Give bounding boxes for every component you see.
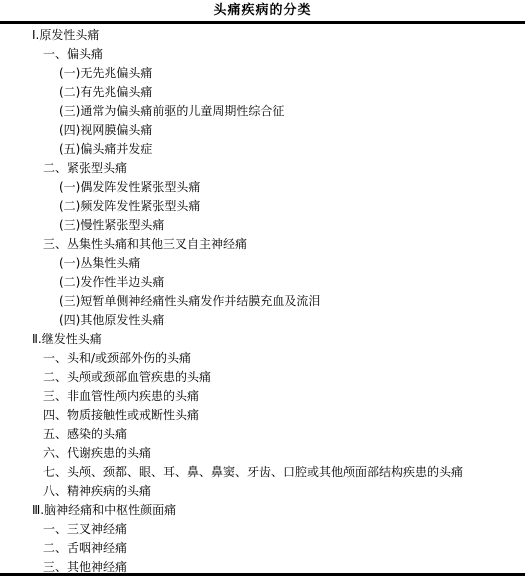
list-item-subcategory: 三、非血管性颅内疾患的头痛 <box>0 387 525 406</box>
list-item-subcategory: 五、感染的头痛 <box>0 425 525 444</box>
list-item-type: (二)频发阵发性紧张型头痛 <box>0 197 525 216</box>
list-item-category: Ⅱ.继发性头痛 <box>0 330 525 349</box>
list-item-subcategory: 一、偏头痛 <box>0 45 525 64</box>
list-item-subcategory: 一、三叉神经痛 <box>0 520 525 539</box>
top-rule-divider <box>0 21 525 24</box>
list-item-type: (四)视网膜偏头痛 <box>0 121 525 140</box>
list-item-subcategory: 六、代谢疾患的头痛 <box>0 444 525 463</box>
list-item-type: (三)通常为偏头痛前驱的儿童周期性综合征 <box>0 102 525 121</box>
list-item-subcategory: 二、紧张型头痛 <box>0 159 525 178</box>
list-item-category: Ⅰ.原发性头痛 <box>0 26 525 45</box>
list-item-subcategory: 二、舌咽神经痛 <box>0 539 525 558</box>
list-item-type: (三)慢性紧张型头痛 <box>0 216 525 235</box>
list-item-type: (五)偏头痛并发症 <box>0 140 525 159</box>
list-item-subcategory: 二、头颅或颈部血管疾患的头痛 <box>0 368 525 387</box>
list-item-type: (四)其他原发性头痛 <box>0 311 525 330</box>
list-item-subcategory: 三、丛集性头痛和其他三叉自主神经痛 <box>0 235 525 254</box>
classification-list: Ⅰ.原发性头痛 一、偏头痛 (一)无先兆偏头痛 (二)有先兆偏头痛 (三)通常为… <box>0 26 525 576</box>
list-item-subcategory: 四、物质接触性或戒断性头痛 <box>0 406 525 425</box>
list-item-type: (三)短暂单侧神经痛性头痛发作并结膜充血及流泪 <box>0 292 525 311</box>
list-item-category: Ⅲ.脑神经痛和中枢性颜面痛 <box>0 501 525 520</box>
list-item-type: (一)丛集性头痛 <box>0 254 525 273</box>
list-item-subcategory: 八、精神疾病的头痛 <box>0 482 525 501</box>
list-item-subcategory: 一、头和/或颈部外伤的头痛 <box>0 349 525 368</box>
list-item-type: (一)偶发阵发性紧张型头痛 <box>0 178 525 197</box>
list-item-subcategory: 七、头颅、颈都、眼、耳、鼻、鼻窦、牙齿、口腔或其他颅面部结构疾患的头痛 <box>0 463 525 482</box>
document-title: 头痛疾病的分类 <box>0 3 525 19</box>
list-item-type: (一)无先兆偏头痛 <box>0 64 525 83</box>
list-item-type: (二)有先兆偏头痛 <box>0 83 525 102</box>
list-item-type: (二)发作性半边头痛 <box>0 273 525 292</box>
